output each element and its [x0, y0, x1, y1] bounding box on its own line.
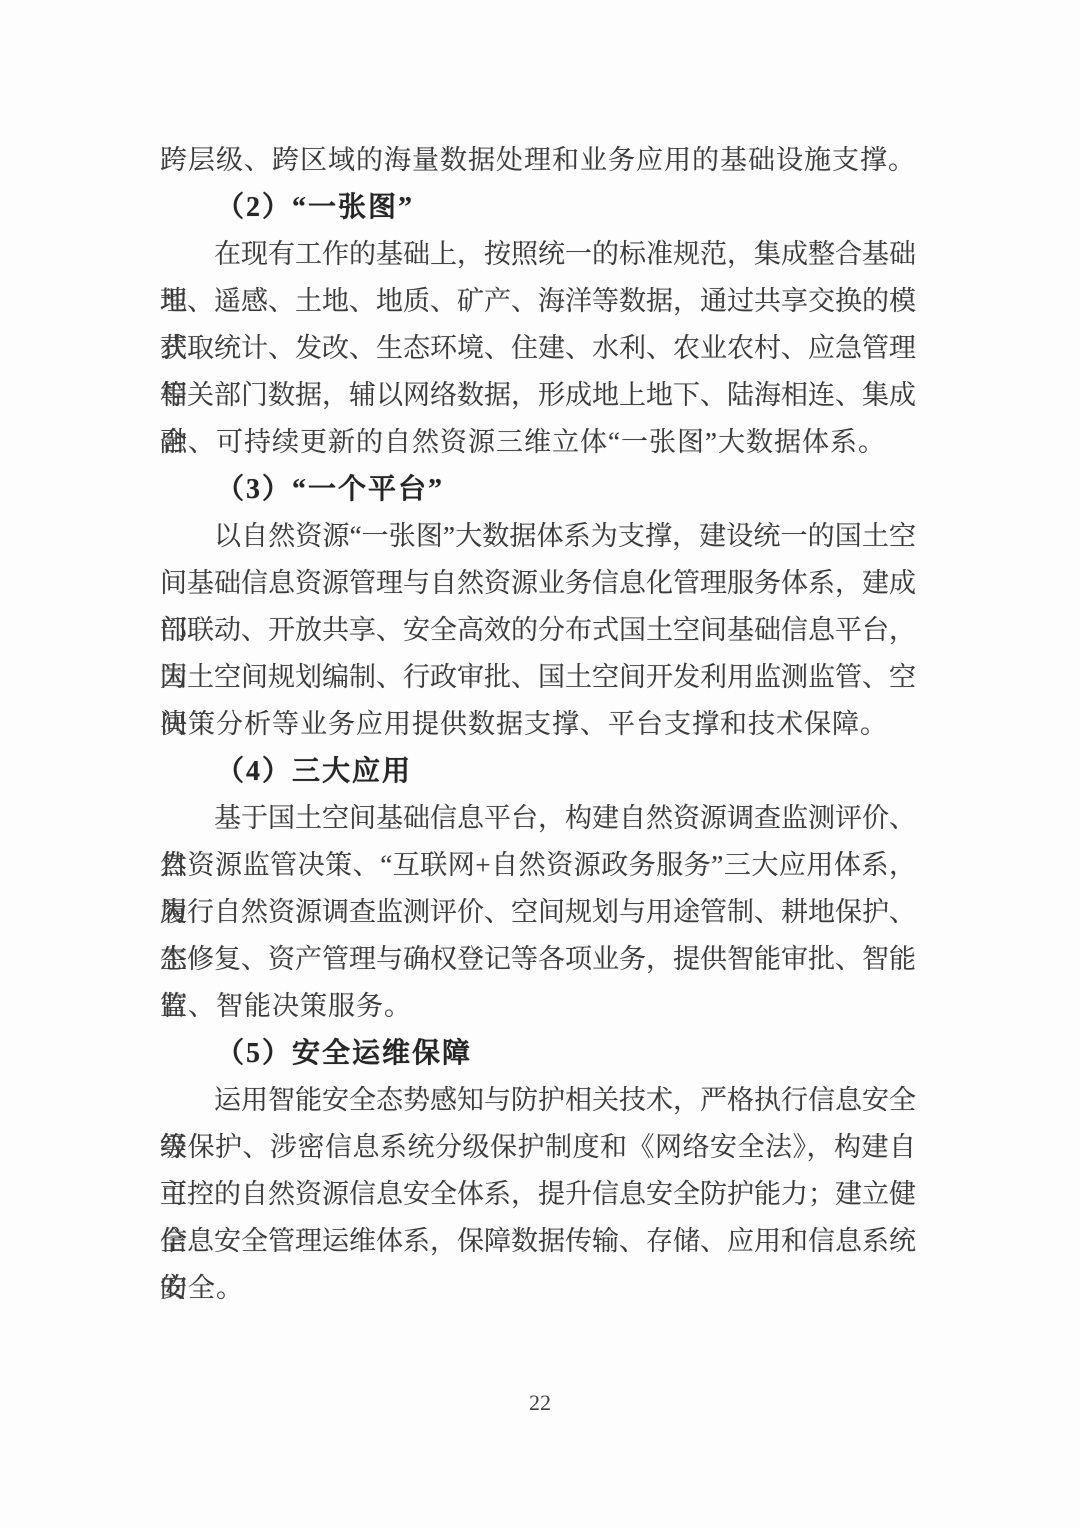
text-line: 跨层级、跨区域的海量数据处理和业务应用的基础设施支撑。 [160, 137, 916, 184]
paragraph-continuation: 跨层级、跨区域的海量数据处理和业务应用的基础设施支撑。 [160, 137, 916, 184]
heading: （5）安全运维保障 [160, 1030, 916, 1077]
text-line: 理、遥感、土地、地质、矿产、海洋等数据，通过共享交换的模式 [160, 278, 916, 325]
document-page: 跨层级、跨区域的海量数据处理和业务应用的基础设施支撑。（2）“一张图”在现有工作… [0, 0, 1080, 1527]
text-line: （5）安全运维保障 [160, 1030, 916, 1077]
text-line: 决策分析等业务应用提供数据支撑、平台支撑和技术保障。 [160, 701, 916, 748]
heading: （3）“一个平台” [160, 466, 916, 513]
paragraph: 以自然资源“一张图”大数据体系为支撑，建设统一的国土空间基础信息资源管理与自然资… [160, 513, 916, 748]
text-line: 间基础信息资源管理与自然资源业务信息化管理服务体系，建成部 [160, 560, 916, 607]
paragraph: 运用智能安全态势感知与防护相关技术，严格执行信息安全等级保护、涉密信息系统分级保… [160, 1077, 916, 1312]
text-line: 态修复、资产管理与确权登记等各项业务，提供智能审批、智能监 [160, 936, 916, 983]
text-line: 国土空间规划编制、行政审批、国土空间开发利用监测监管、空间 [160, 654, 916, 701]
text-line: 履行自然资源调查监测评价、空间规划与用途管制、耕地保护、生 [160, 889, 916, 936]
text-line: （4）三大应用 [160, 748, 916, 795]
text-line: 安全。 [160, 1265, 916, 1312]
text-line: 获取统计、发改、生态环境、住建、水利、农业农村、应急管理等 [160, 325, 916, 372]
text-line: 可控的自然资源信息安全体系，提升信息安全防护能力；建立健全 [160, 1171, 916, 1218]
heading: （2）“一张图” [160, 184, 916, 231]
text-line: （2）“一张图” [160, 184, 916, 231]
text-line: 门联动、开放共享、安全高效的分布式国土空间基础信息平台，为 [160, 607, 916, 654]
text-line: 管、智能决策服务。 [160, 983, 916, 1030]
text-line: 级保护、涉密信息系统分级保护制度和《网络安全法》，构建自主 [160, 1124, 916, 1171]
text-line: 以自然资源“一张图”大数据体系为支撑，建设统一的国土空 [160, 513, 916, 560]
document-body: 跨层级、跨区域的海量数据处理和业务应用的基础设施支撑。（2）“一张图”在现有工作… [160, 137, 916, 1312]
text-line: 基于国土空间基础信息平台，构建自然资源调查监测评价、自 [160, 795, 916, 842]
text-line: 在现有工作的基础上，按照统一的标准规范，集成整合基础地 [160, 231, 916, 278]
page-number: 22 [0, 1388, 1080, 1418]
text-line: （3）“一个平台” [160, 466, 916, 513]
text-line: 相关部门数据，辅以网络数据，形成地上地下、陆海相连、集成融 [160, 372, 916, 419]
text-line: 然资源监管决策、“互联网+自然资源政务服务”三大应用体系，为 [160, 842, 916, 889]
text-line: 信息安全管理运维体系，保障数据传输、存储、应用和信息系统的 [160, 1218, 916, 1265]
paragraph: 在现有工作的基础上，按照统一的标准规范，集成整合基础地理、遥感、土地、地质、矿产… [160, 231, 916, 466]
paragraph: 基于国土空间基础信息平台，构建自然资源调查监测评价、自然资源监管决策、“互联网+… [160, 795, 916, 1030]
text-line: 运用智能安全态势感知与防护相关技术，严格执行信息安全等 [160, 1077, 916, 1124]
heading: （4）三大应用 [160, 748, 916, 795]
text-line: 合、可持续更新的自然资源三维立体“一张图”大数据体系。 [160, 419, 916, 466]
